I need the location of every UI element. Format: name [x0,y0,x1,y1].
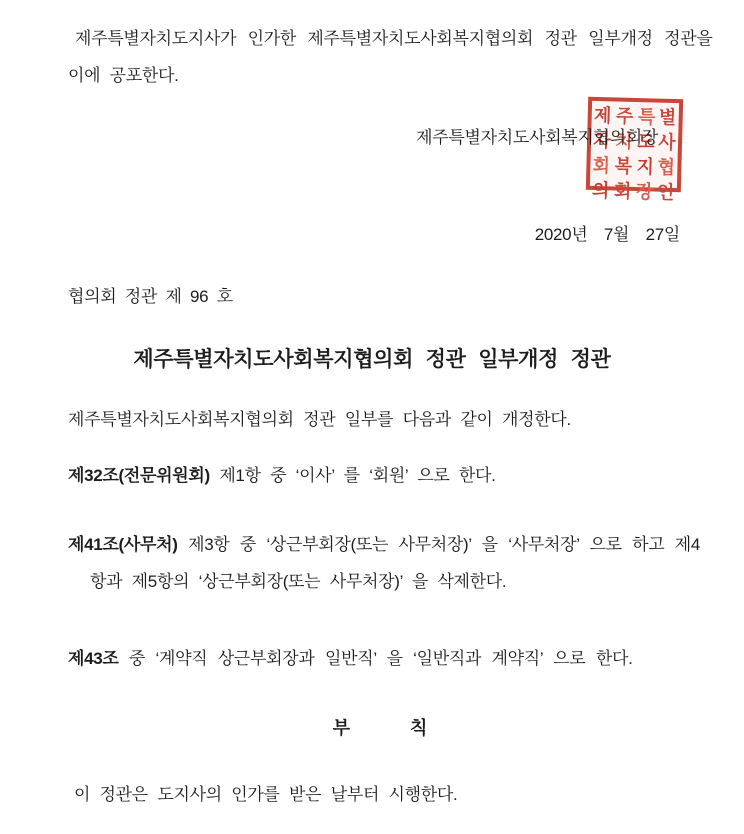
seal-character: 특 [634,101,658,129]
addendum-word-right: 칙 [410,714,427,740]
article-32-heading: 제32조(전문위원회) [68,466,210,485]
addendum-heading: 부 칙 [0,714,744,740]
document-number: 협의회 정관 제 96 호 [68,287,233,307]
seal-character: 주 [613,100,637,128]
document-title: 제주특별자치도사회복지협의회 정관 일부개정 정관 [0,343,744,373]
enforcement-clause: 이 정관은 도지사의 인가를 받은 날부터 시행한다. [74,785,457,805]
article-43-heading: 제43조 [68,649,119,668]
seal-character: 회 [590,150,614,178]
seal-character: 협 [655,151,679,179]
seal-character: 복 [611,150,635,178]
addendum-word-left: 부 [333,714,350,740]
document-page: 제주특별자치도지사가 인가한 제주특별자치도사회복지협의회 정관 일부개정 정관… [0,0,744,834]
article-32-text: 제1항 중 ‘이사’ 를 ‘회원’ 으로 한다. [210,466,496,485]
proclamation-date: 2020년 7월 27일 [535,225,680,245]
article-41-line-2: 항과 제5항의 ‘상근부회장(또는 사무처장)’ 을 삭제한다. [90,572,506,592]
seal-character: 사 [655,126,679,154]
article-41-line-1: 제41조(사무처) 제3항 중 ‘상근부회장(또는 사무처장)’ 을 ‘사무처장… [68,535,700,555]
article-41-heading: 제41조(사무처) [68,535,178,554]
chairman-signature-line: 제주특별자치도사회복지협의회장 [416,128,658,148]
seal-character: 제 [591,100,615,128]
proclamation-line-1: 제주특별자치도지사가 인가한 제주특별자치도사회복지협의회 정관 일부개정 정관… [75,29,713,49]
seal-character: 인 [654,176,678,204]
seal-character: 의 [589,175,613,203]
amendment-intro-line: 제주특별자치도사회복지협의회 정관 일부를 다음과 같이 개정한다. [68,410,571,430]
seal-character: 장 [632,176,656,204]
article-43-text: 중 ‘계약직 상근부회장과 일반직’ 을 ‘일반직과 계약직’ 으로 한다. [119,649,633,668]
seal-character: 지 [633,151,657,179]
proclamation-line-2: 이에 공포한다. [68,66,179,86]
seal-character: 별 [656,101,680,129]
article-41-text: 제3항 중 ‘상근부회장(또는 사무처장)’ 을 ‘사무처장’ 으로 하고 제4 [178,535,700,554]
article-43: 제43조 중 ‘계약직 상근부회장과 일반직’ 을 ‘일반직과 계약직’ 으로 … [68,649,633,669]
seal-character: 회 [611,175,635,203]
article-32: 제32조(전문위원회) 제1항 중 ‘이사’ 를 ‘회원’ 으로 한다. [68,466,496,486]
